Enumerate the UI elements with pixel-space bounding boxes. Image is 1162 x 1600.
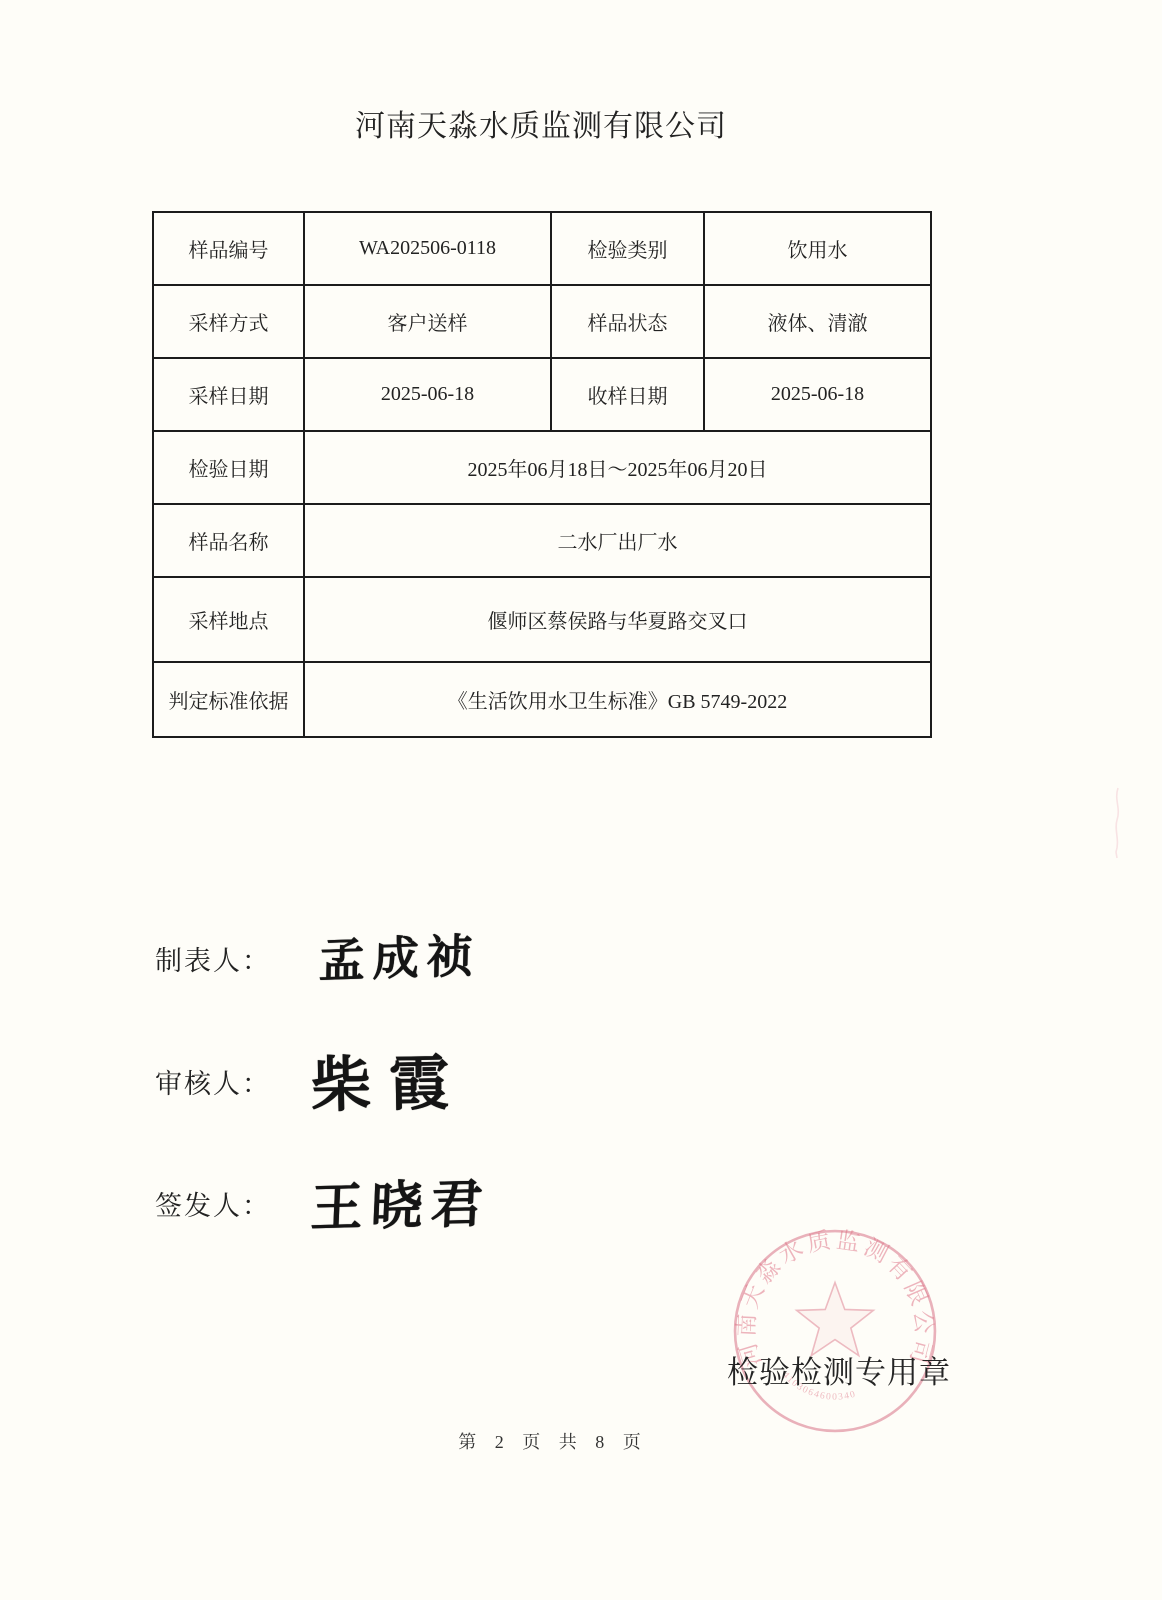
page-number: 第 2 页 共 8 页 [164,1428,942,1454]
cell-label-test-date: 检验日期 [153,431,304,504]
issuer-label: 签发人： [155,1184,271,1223]
cell-label-sample-no: 样品编号 [153,212,304,285]
seal-caption: 检验检测专用章 [726,1347,952,1392]
cell-value-test-date: 2025年06月18日～2025年06月20日 [304,431,931,504]
cell-label-judgment-standard: 判定标准依据 [153,662,304,737]
cell-value-sample-state: 液体、清澈 [704,285,931,358]
report-page: 河南天淼水质监测有限公司 样品编号 WA202506-0118 检验类别 饮用水… [0,0,1162,1600]
cell-value-sampling-location: 偃师区蔡侯路与华夏路交叉口 [304,577,931,662]
scan-artifact [1108,786,1126,860]
issuer-signature: 王晓君 [309,1161,492,1241]
reviewer-label: 审核人： [155,1062,271,1101]
table-row: 采样日期 2025-06-18 收样日期 2025-06-18 [153,358,931,431]
preparer-label: 制表人： [155,939,271,978]
cell-value-sample-no: WA202506-0118 [304,212,551,285]
cell-label-sample-name: 样品名称 [153,504,304,577]
signature-row-issuer: 签发人： 王晓君 [155,1160,491,1246]
cell-value-test-category: 饮用水 [704,212,931,285]
cell-value-sampling-date: 2025-06-18 [304,358,551,431]
sample-info-table: 样品编号 WA202506-0118 检验类别 饮用水 采样方式 客户送样 样品… [152,211,932,738]
cell-label-receipt-date: 收样日期 [551,358,704,431]
company-seal-stamp: 河南天淼水质监测有限公司 4103064600340 [731,1227,939,1435]
table-row: 样品名称 二水厂出厂水 [153,504,931,577]
cell-value-receipt-date: 2025-06-18 [704,358,931,431]
cell-label-sampling-method: 采样方式 [153,285,304,358]
cell-value-judgment-standard: 《生活饮用水卫生标准》GB 5749-2022 [304,662,931,737]
seal-star-icon [797,1283,874,1356]
cell-value-sampling-method: 客户送样 [304,285,551,358]
reviewer-signature: 柴霞 [310,1035,467,1124]
preparer-signature: 孟成祯 [318,919,481,991]
table-row: 采样地点 偃师区蔡侯路与华夏路交叉口 [153,577,931,662]
table-row: 检验日期 2025年06月18日～2025年06月20日 [153,431,931,504]
cell-label-sampling-location: 采样地点 [153,577,304,662]
cell-label-sampling-date: 采样日期 [153,358,304,431]
table-row: 采样方式 客户送样 样品状态 液体、清澈 [153,285,931,358]
cell-label-test-category: 检验类别 [551,212,704,285]
table-row: 样品编号 WA202506-0118 检验类别 饮用水 [153,212,931,285]
signature-row-preparer: 制表人： 孟成祯 [155,915,481,1001]
page-title: 河南天淼水质监测有限公司 [152,101,930,145]
table-row: 判定标准依据 《生活饮用水卫生标准》GB 5749-2022 [153,662,931,737]
signature-row-reviewer: 审核人： 柴霞 [155,1038,467,1124]
cell-value-sample-name: 二水厂出厂水 [304,504,931,577]
cell-label-sample-state: 样品状态 [551,285,704,358]
